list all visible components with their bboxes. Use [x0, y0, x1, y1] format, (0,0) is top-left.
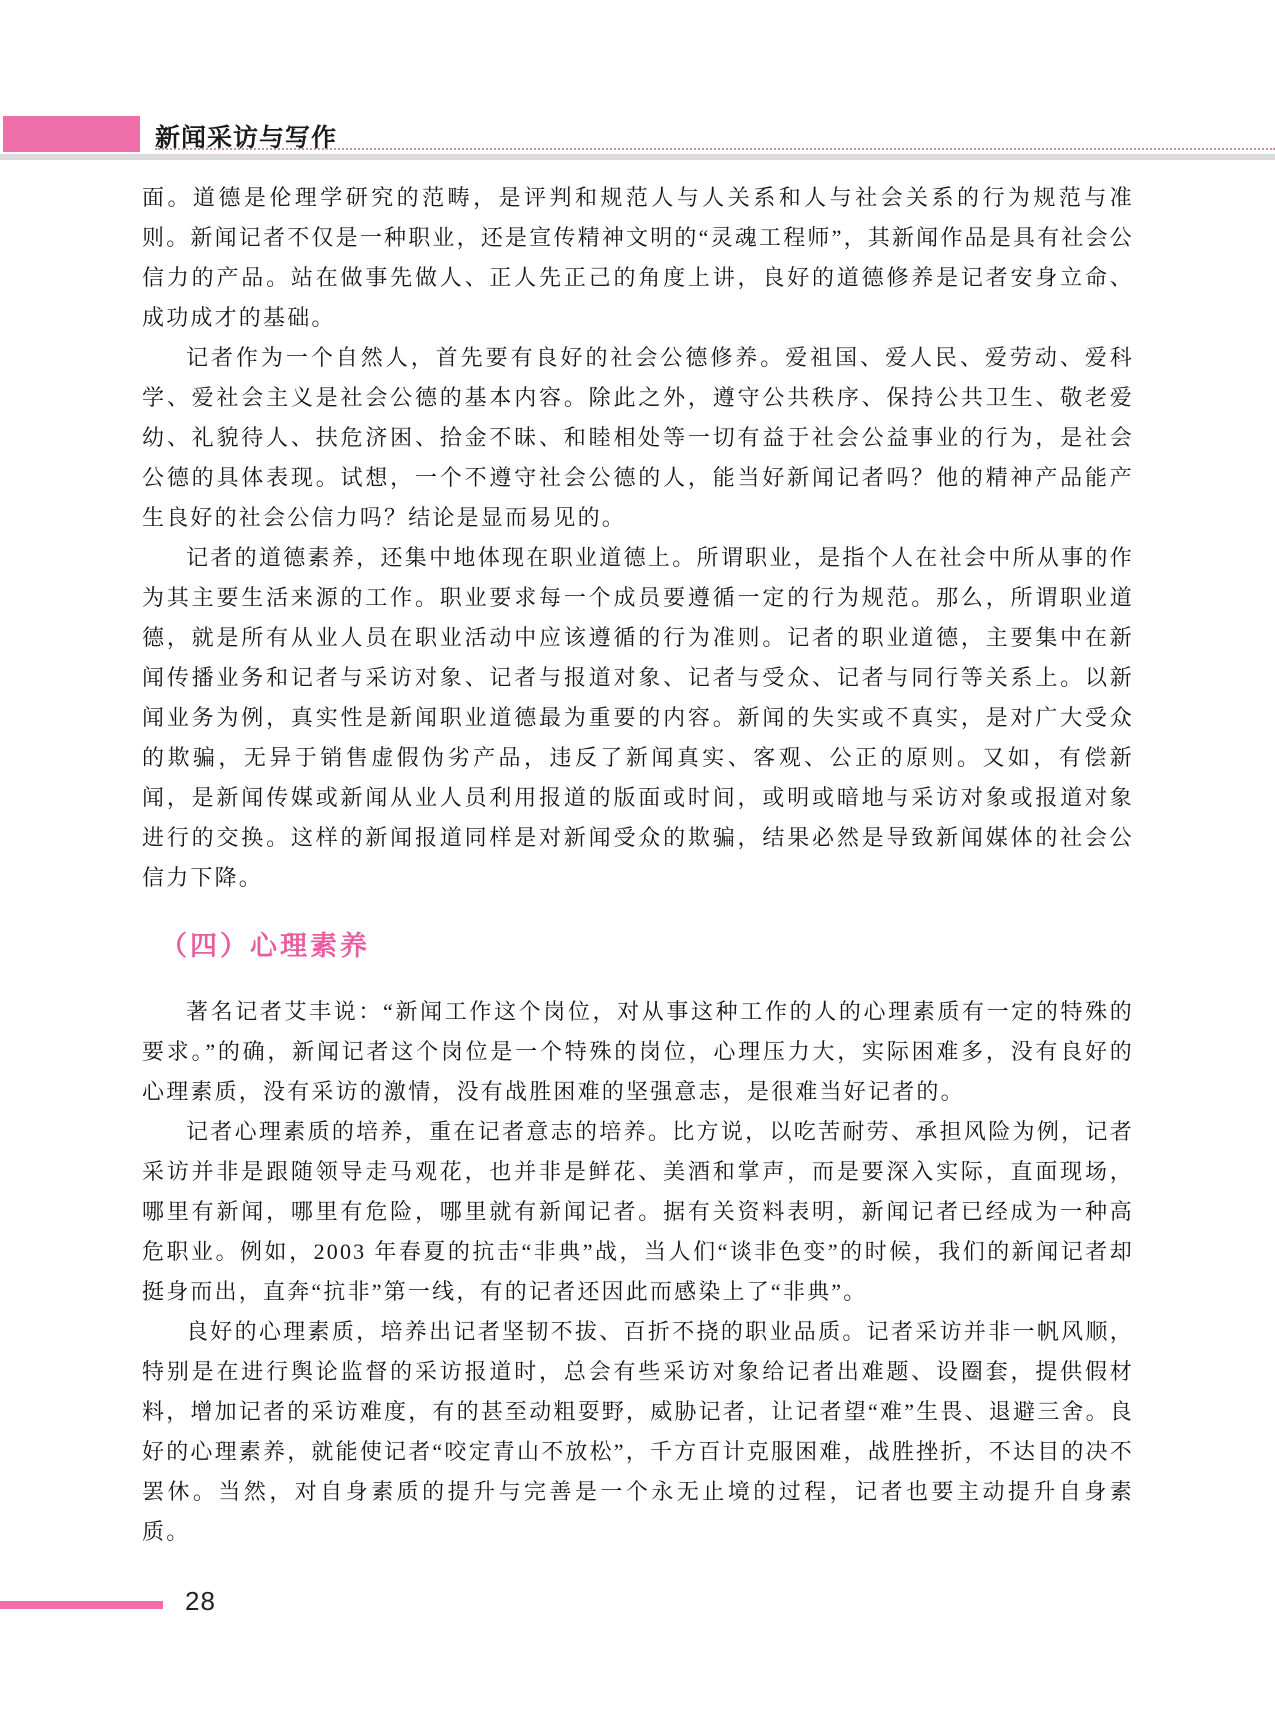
paragraph: 记者的道德素养，还集中地体现在职业道德上。所谓职业，是指个人在社会中所从事的作为…: [142, 538, 1134, 898]
header-accent-block: [3, 116, 140, 152]
page-number: 28: [185, 1586, 216, 1617]
section-heading-psychological-quality: （四）心理素养: [160, 924, 1134, 968]
textbook-page: 新闻采访与写作 面。道德是伦理学研究的范畴，是评判和规范人与人关系和人与社会关系…: [0, 0, 1275, 1718]
paragraph: 记者心理素质的培养，重在记者意志的培养。比方说，以吃苦耐劳、承担风险为例，记者采…: [142, 1112, 1134, 1312]
paragraph-continued: 面。道德是伦理学研究的范畴，是评判和规范人与人关系和人与社会关系的行为规范与准则…: [142, 178, 1134, 338]
page-header: 新闻采访与写作: [0, 0, 1275, 165]
page-content: 面。道德是伦理学研究的范畴，是评判和规范人与人关系和人与社会关系的行为规范与准则…: [142, 178, 1134, 1552]
header-dotted-divider: [155, 132, 1275, 150]
footer-accent-rule: [0, 1601, 163, 1609]
paragraph: 良好的心理素质，培养出记者坚韧不拔、百折不挠的职业品质。记者采访并非一帆风顺，特…: [142, 1312, 1134, 1552]
header-gray-divider: [0, 154, 1275, 160]
paragraph: 著名记者艾丰说：“新闻工作这个岗位，对从事这种工作的人的心理素质有一定的特殊的要…: [142, 992, 1134, 1112]
paragraph: 记者作为一个自然人，首先要有良好的社会公德修养。爱祖国、爱人民、爱劳动、爱科学、…: [142, 338, 1134, 538]
